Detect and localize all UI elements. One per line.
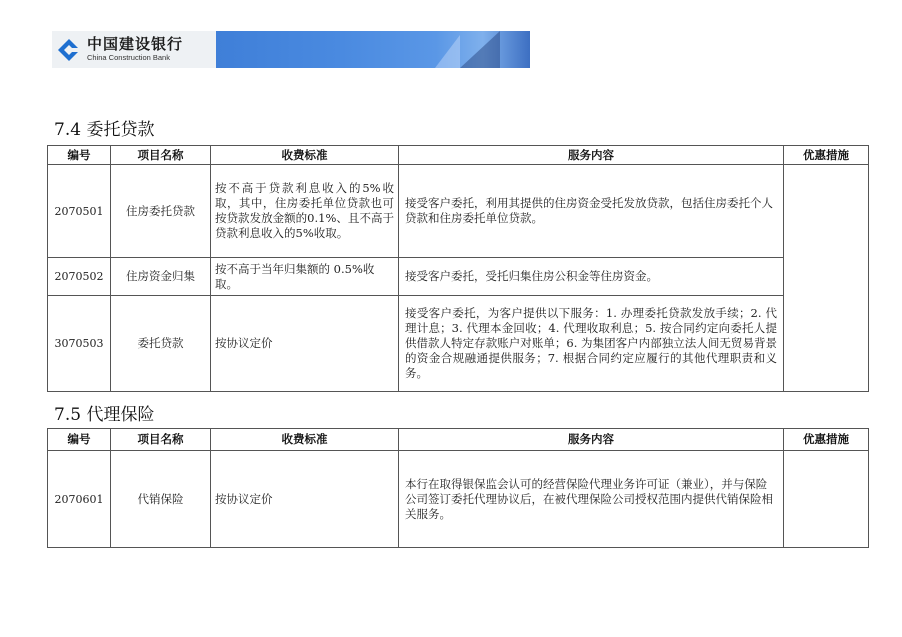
col-header-item-name: 项目名称	[111, 429, 211, 451]
building-graphic	[460, 31, 500, 68]
col-header-fee-standard: 收费标准	[211, 146, 399, 165]
table-header-row: 编号 项目名称 收费标准 服务内容 优惠措施	[48, 429, 869, 451]
cell-code: 2070502	[48, 258, 111, 296]
col-header-service-content: 服务内容	[399, 146, 784, 165]
cell-item-name: 住房资金归集	[111, 258, 211, 296]
cell-item-name: 代销保险	[111, 451, 211, 548]
table-row: 2070501 住房委托贷款 按不高于贷款利息收入的5%收取，其中，住房委托单位…	[48, 165, 869, 258]
cell-fee-standard: 按不高于贷款利息收入的5%收取，其中，住房委托单位贷款也可按贷款发放金额的0.1…	[211, 165, 399, 258]
table-row: 2070502 住房资金归集 按不高于当年归集额的 0.5%收取。 接受客户委托…	[48, 258, 869, 296]
cell-service-content: 本行在取得银保监会认可的经营保险代理业务许可证（兼业），并与保险公司签订委托代理…	[399, 451, 784, 548]
section-title-7-5: 7.5 代理保险	[54, 400, 154, 425]
logo-chinese-name: 中国建设银行	[87, 37, 183, 52]
cell-fee-standard: 按协议定价	[211, 451, 399, 548]
ccb-logo-icon	[57, 38, 81, 62]
cell-fee-standard: 按不高于当年归集额的 0.5%收取。	[211, 258, 399, 296]
col-header-item-name: 项目名称	[111, 146, 211, 165]
col-header-service-content: 服务内容	[399, 429, 784, 451]
col-header-code: 编号	[48, 146, 111, 165]
cell-service-content: 接受客户委托，利用其提供的住房资金受托发放贷款，包括住房委托个人贷款和住房委托单…	[399, 165, 784, 258]
bank-banner: 中国建设银行 China Construction Bank	[52, 31, 530, 68]
col-header-discount: 优惠措施	[784, 146, 869, 165]
building-graphic	[435, 35, 460, 68]
cell-item-name: 住房委托贷款	[111, 165, 211, 258]
cell-code: 3070503	[48, 296, 111, 392]
logo-english-name: China Construction Bank	[87, 54, 183, 62]
table-row: 3070503 委托贷款 按协议定价 接受客户委托，为客户提供以下服务：1. 办…	[48, 296, 869, 392]
banner-image	[216, 31, 530, 68]
cell-fee-standard: 按协议定价	[211, 296, 399, 392]
cell-discount	[784, 451, 869, 548]
cell-discount	[784, 165, 869, 392]
cell-code: 2070601	[48, 451, 111, 548]
section-title-7-4: 7.4 委托贷款	[54, 115, 154, 140]
fee-table-entrusted-loans: 编号 项目名称 收费标准 服务内容 优惠措施 2070501 住房委托贷款 按不…	[47, 145, 869, 392]
col-header-code: 编号	[48, 429, 111, 451]
table-header-row: 编号 项目名称 收费标准 服务内容 优惠措施	[48, 146, 869, 165]
cell-service-content: 接受客户委托，受托归集住房公积金等住房资金。	[399, 258, 784, 296]
col-header-discount: 优惠措施	[784, 429, 869, 451]
fee-table-agency-insurance: 编号 项目名称 收费标准 服务内容 优惠措施 2070601 代销保险 按协议定…	[47, 428, 869, 548]
table-row: 2070601 代销保险 按协议定价 本行在取得银保监会认可的经营保险代理业务许…	[48, 451, 869, 548]
logo-area: 中国建设银行 China Construction Bank	[52, 31, 216, 68]
cell-item-name: 委托贷款	[111, 296, 211, 392]
cell-code: 2070501	[48, 165, 111, 258]
cell-service-content: 接受客户委托，为客户提供以下服务：1. 办理委托贷款发放手续；2. 代理计息；3…	[399, 296, 784, 392]
col-header-fee-standard: 收费标准	[211, 429, 399, 451]
